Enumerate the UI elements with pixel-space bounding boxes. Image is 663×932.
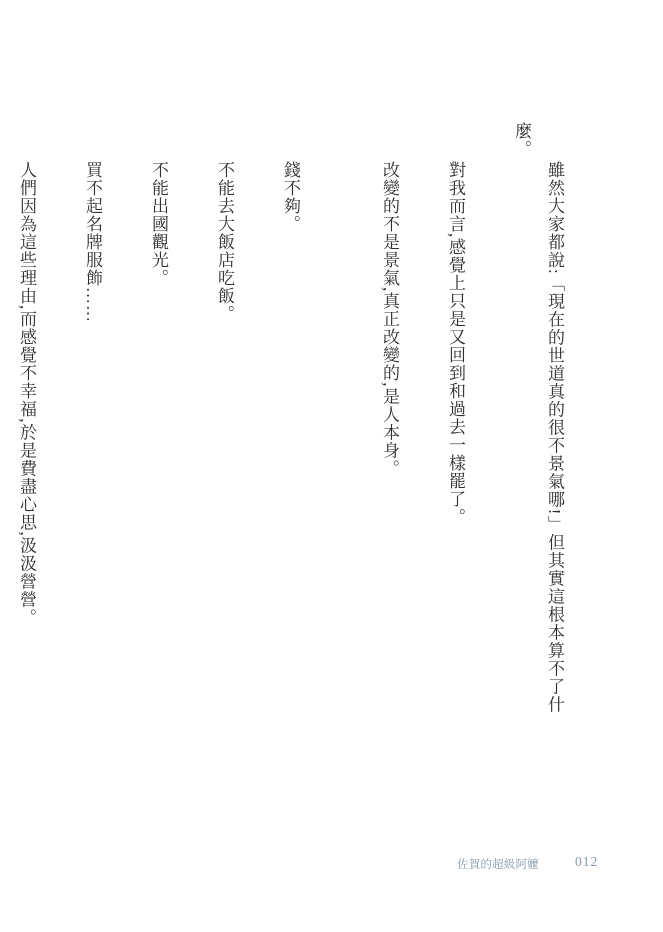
main-text-block: 雖然大家都說:「現在的世道真的很不景氣哪!」但其實這根本算不了什 麼。 對我而言… [0,122,604,782]
paragraph: 買不起名牌服飾…… [76,122,109,782]
paragraph: 人們因為這些理由,而感覺不幸福,於是費盡心思,汲汲營營。 [10,122,43,782]
paragraph: 雖然大家都說:「現在的世道真的很不景氣哪!」但其實這根本算不了什 麼。 [505,122,571,782]
paragraph: 錢不夠。 [274,122,307,782]
paragraph: 不能去大飯店吃飯。 [208,122,241,782]
book-page: 雖然大家都說:「現在的世道真的很不景氣哪!」但其實這根本算不了什 麼。 對我而言… [0,0,663,932]
paragraph: 不能出國觀光。 [142,122,175,782]
footer-book-title: 佐賀的超級阿嬤 [457,856,539,872]
page-footer: 佐賀的超級阿嬤 012 [0,853,663,877]
paragraph: 對我而言,感覺上只是又回到和過去一樣罷了。 [439,122,472,782]
paragraph: 改變的不是景氣,真正改變的,是人本身。 [373,122,406,782]
footer-page-number: 012 [575,854,598,870]
